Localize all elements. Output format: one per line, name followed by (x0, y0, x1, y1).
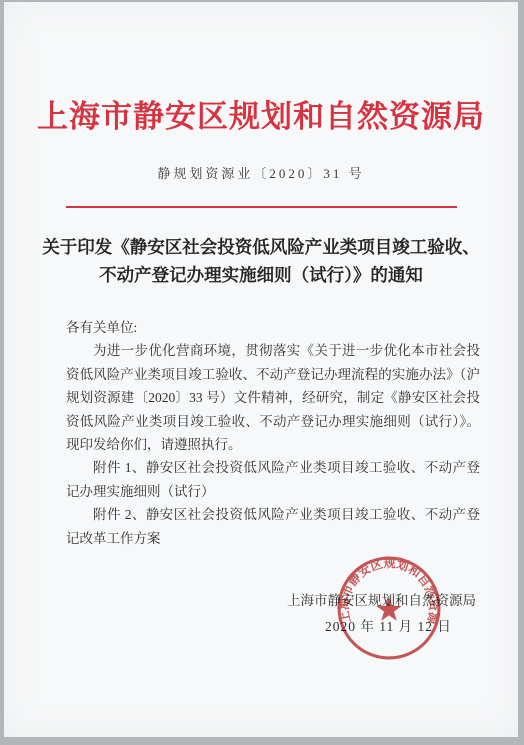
attachment-1: 附件 1、静安区社会投资低风险产业类项目竣工验收、不动产登记办理实施细则（试行） (66, 456, 480, 503)
official-seal: 上海市静安区规划和自然资源局 (336, 555, 442, 661)
document-body: 各有关单位: 为进一步优化营商环境，贯彻落实《关于进一步优化本市社会投资低风险产… (66, 316, 480, 550)
scanned-page: 上海市静安区规划和自然资源局 静规划资源业〔2020〕31 号 关于印发《静安区… (0, 0, 524, 745)
body-paragraph: 为进一步优化营商环境，贯彻落实《关于进一步优化本市社会投资低风险产业类项目竣工验… (66, 339, 480, 456)
seal-ring-text: 上海市静安区规划和自然资源局 (336, 555, 442, 626)
agency-header: 上海市静安区规划和自然资源局 (4, 95, 518, 139)
salutation: 各有关单位: (66, 316, 480, 339)
document-title-line-1: 关于印发《静安区社会投资低风险产业类项目竣工验收、 (42, 237, 480, 257)
red-divider-line (66, 206, 457, 208)
paper: 上海市静安区规划和自然资源局 静规划资源业〔2020〕31 号 关于印发《静安区… (4, 2, 518, 737)
star-icon (376, 597, 401, 621)
document-title: 关于印发《静安区社会投资低风险产业类项目竣工验收、 不动产登记办理实施细则（试行… (4, 233, 518, 289)
doc-number: 静规划资源业〔2020〕31 号 (4, 164, 518, 184)
attachment-2: 附件 2、静安区社会投资低风险产业类项目竣工验收、不动产登记改革工作方案 (66, 503, 480, 550)
document-title-line-2: 不动产登记办理实施细则（试行）》的通知 (99, 265, 423, 285)
